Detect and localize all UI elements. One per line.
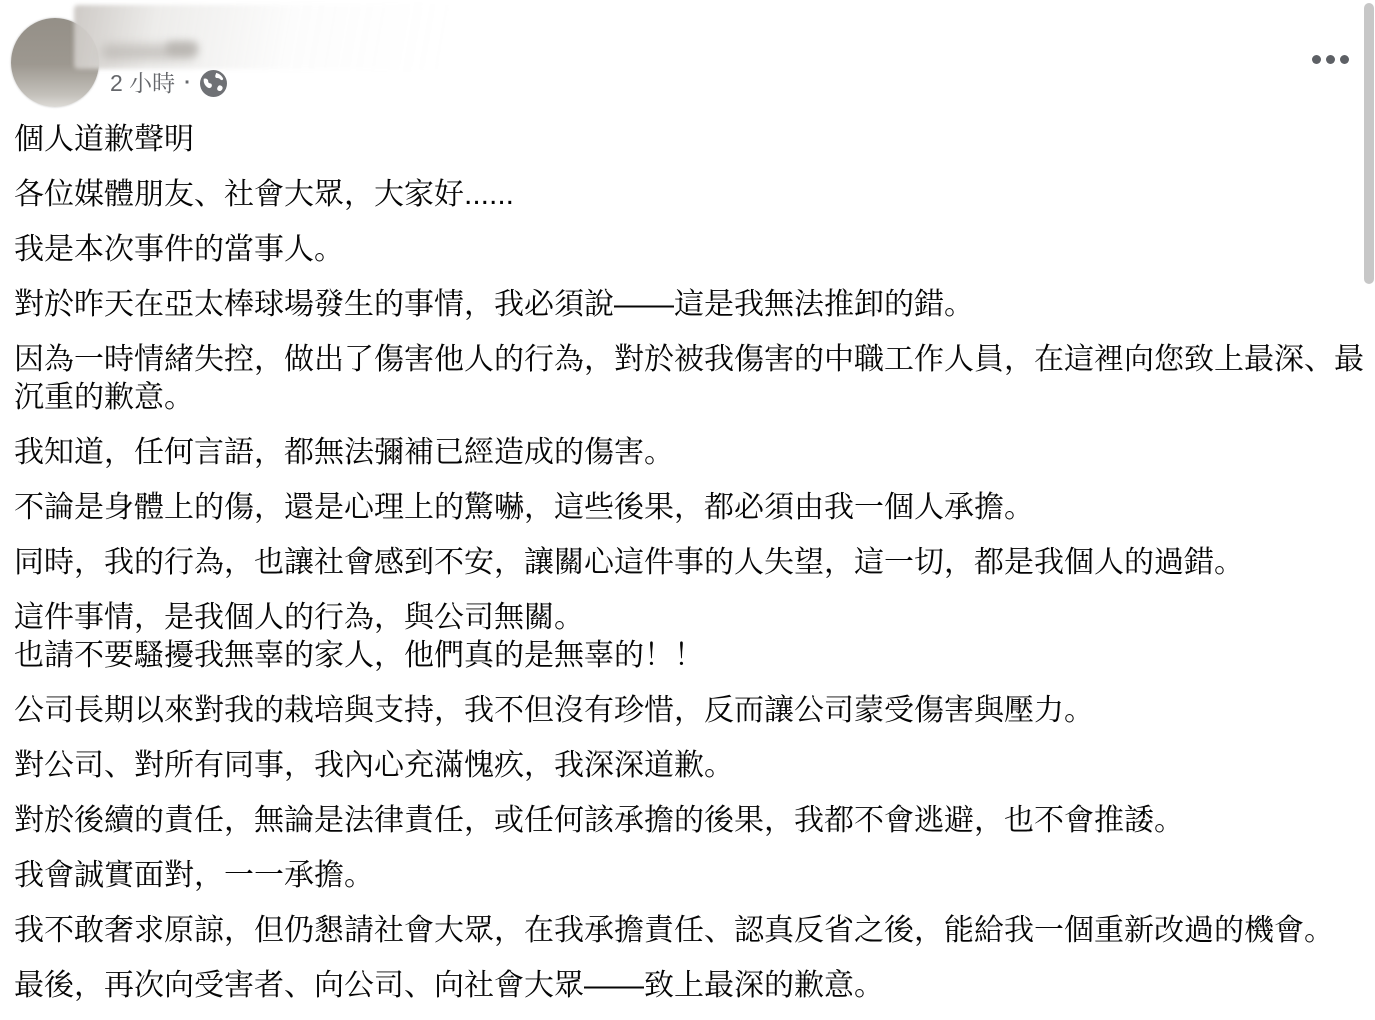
post-paragraph: 我會誠實面對，一一承擔。 (14, 857, 1366, 895)
post-paragraph: 公司長期以來對我的栽培與支持，我不但沒有珍惜，反而讓公司蒙受傷害與壓力。 (14, 692, 1366, 730)
post-paragraph: 個人道歉聲明 (14, 121, 1366, 159)
post-paragraph: 這件事情，是我個人的行為，與公司無關。 也請不要騷擾我無辜的家人，他們真的是無辜… (14, 599, 1366, 675)
meta-separator: · (184, 69, 191, 97)
post-paragraph: 對公司、對所有同事，我內心充滿愧疚，我深深道歉。 (14, 747, 1366, 785)
post-paragraph: 對於昨天在亞太棒球場發生的事情，我必須說——這是我無法推卸的錯。 (14, 286, 1366, 324)
timestamp[interactable]: 2 小時 (110, 69, 175, 97)
facebook-post: 2 小時 · 個人道歉聲明各位媒體朋友、社會大眾，大家好......我是本次事件… (0, 0, 1375, 1020)
author-name-smudge (166, 41, 198, 55)
post-meta: 2 小時 · (110, 69, 227, 97)
post-paragraph: 同時，我的行為，也讓社會感到不安，讓關心這件事的人失望，這一切，都是我個人的過錯… (14, 544, 1366, 582)
three-dots-icon (1326, 55, 1335, 64)
post-paragraph: 最後，再次向受害者、向公司、向社會大眾——致上最深的歉意。 (14, 967, 1366, 1005)
more-options-button[interactable] (1301, 42, 1359, 76)
post-paragraph: 各位媒體朋友、社會大眾，大家好...... (14, 176, 1366, 214)
post-paragraph: 我是本次事件的當事人。 (14, 231, 1366, 269)
globe-public-icon (200, 69, 227, 97)
post-text: 個人道歉聲明各位媒體朋友、社會大眾，大家好......我是本次事件的當事人。對於… (14, 121, 1366, 1020)
post-paragraph: 不論是身體上的傷，還是心理上的驚嚇，這些後果，都必須由我一個人承擔。 (14, 489, 1366, 527)
three-dots-icon (1312, 55, 1321, 64)
post-paragraph: 我不敢奢求原諒，但仍懇請社會大眾，在我承擔責任、認真反省之後，能給我一個重新改過… (14, 912, 1366, 950)
three-dots-icon (1340, 55, 1349, 64)
post-paragraph: 對於後續的責任，無論是法律責任，或任何該承擔的後果，我都不會逃避，也不會推諉。 (14, 802, 1366, 840)
scrollbar-thumb[interactable] (1364, 3, 1374, 284)
post-paragraph: 我知道，任何言語，都無法彌補已經造成的傷害。 (14, 434, 1366, 472)
post-paragraph: 因為一時情緒失控，做出了傷害他人的行為，對於被我傷害的中職工作人員，在這裡向您致… (14, 341, 1366, 417)
